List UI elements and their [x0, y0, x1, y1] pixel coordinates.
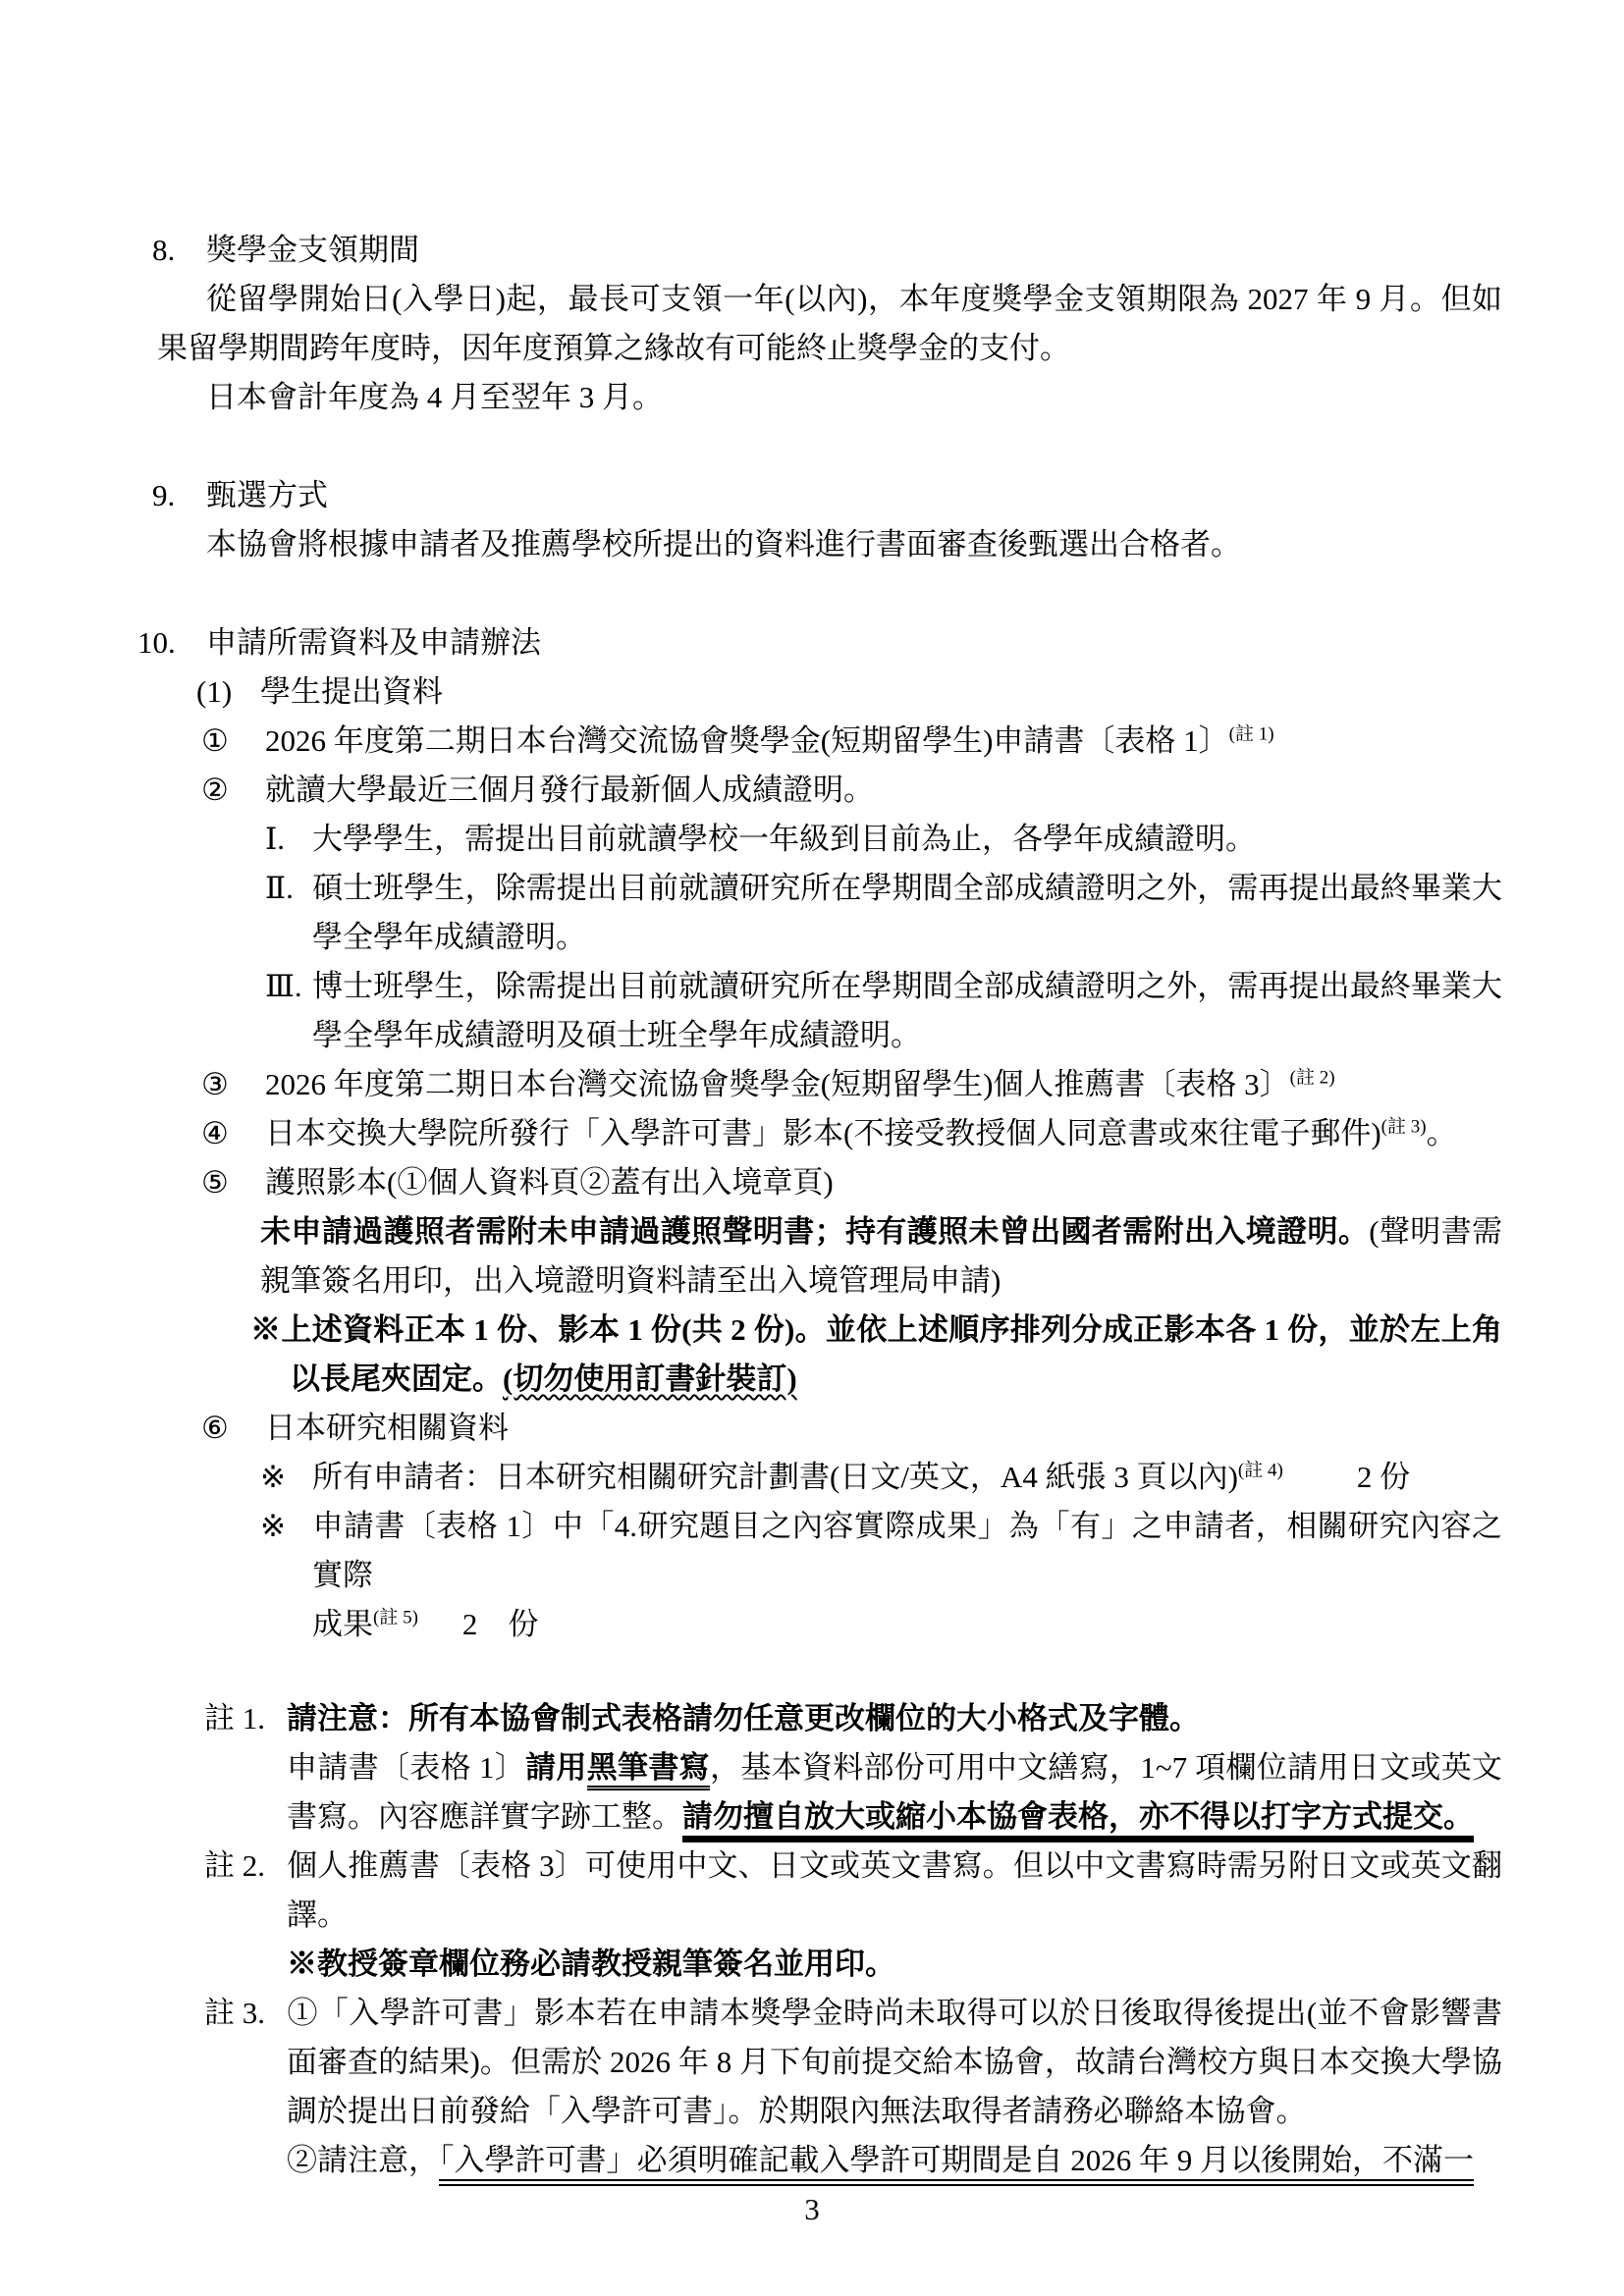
- list-item-4: ④日本交換大學院所發行「入學許可書」影本(不接受教授個人同意書或來往電子郵件)(…: [265, 1109, 1502, 1158]
- section-9-title: 甄選方式: [206, 478, 328, 512]
- footnote-1: 註 1.請注意：所有本協會制式表格請勿任意更改欄位的大小格式及字體。: [287, 1694, 1502, 1743]
- item-5-number: ⑤: [201, 1158, 265, 1207]
- footnote-1-label: 註 1.: [204, 1694, 287, 1743]
- item-1-text: 2026 年度第二期日本台灣交流協會獎學金(短期留學生)申請書〔表格 1〕: [265, 723, 1229, 758]
- copies-instruction-note: ※上述資料正本 1 份、影本 1 份(共 2 份)。並依上述順序排列分成正影本各…: [290, 1306, 1502, 1404]
- footnote-1-body: 申請書〔表格 1〕請用黑筆書寫，基本資料部份可用中文繕寫，1~7 項欄位請用日文…: [287, 1743, 1502, 1842]
- requirement-1-footnote-ref: (註 4): [1238, 1461, 1283, 1481]
- list-item-2: ②就讀大學最近三個月發行最新個人成績證明。: [265, 766, 1502, 815]
- footnote-1-head: 請注意：所有本協會制式表格請勿任意更改欄位的大小格式及字體。: [287, 1701, 1200, 1735]
- requirement-2-footnote-ref: (註 5): [373, 1608, 418, 1629]
- footnote-2-bold-note: ※教授簽章欄位務必請教授親筆簽名並用印。: [287, 1940, 1502, 1989]
- footnote-3-paragraph-1: ①「入學許可書」影本若在申請本獎學金時尚未取得可以於日後取得後提出(並不會影響書…: [287, 1996, 1502, 2128]
- document-page: 8.獎學金支領期間 從留學開始日(入學日)起，最長可支領一年(以內)，本年度獎學…: [0, 0, 1624, 2296]
- page-number: 3: [0, 2185, 1624, 2234]
- section-8-number: 8.: [152, 226, 206, 275]
- requirement-2-text: 申請書〔表格 1〕中「4.研究題目之內容實際成果」為「有」之申請者，相關研究內容…: [312, 1509, 1502, 1592]
- copies-instruction-bold: ※上述資料正本 1 份、影本 1 份(共 2 份)。並依上述順序排列分成正影本各…: [250, 1312, 1502, 1396]
- section-9-heading: 9.甄選方式: [152, 471, 1502, 520]
- requirement-2-copies: 2 份: [462, 1607, 539, 1641]
- section-8-title: 獎學金支領期間: [206, 233, 419, 267]
- sub-item-numeral: Ⅱ.: [265, 864, 312, 913]
- footnote-2-label: 註 2.: [204, 1842, 287, 1891]
- list-item-2-sub-2: Ⅱ.碩士班學生，除需提出目前就讀研究所在學期間全部成績證明之外，需再提出最終畢業…: [312, 864, 1502, 962]
- item-4-number: ④: [201, 1109, 265, 1158]
- section-8-paragraph-2: 日本會計年度為 4 月至翌年 3 月。: [157, 373, 1502, 422]
- sub-item-text: 博士班學生，除需提出目前就讀研究所在學期間全部成績證明之外，需再提出最終畢業大學…: [312, 969, 1502, 1052]
- black-pen-underlined: 黑筆書寫: [587, 1750, 710, 1790]
- footnote-2: 註 2.個人推薦書〔表格 3〕可使用中文、日文或英文書寫。但以中文書寫時需另附日…: [287, 1842, 1502, 1940]
- sub-item-numeral: Ⅲ.: [265, 962, 312, 1011]
- requirement-2-cont-text: 成果: [312, 1607, 373, 1641]
- research-requirement-1: ※所有申請者：日本研究相關研究計劃書(日文/英文，A4 紙張 3 頁以內)(註 …: [312, 1453, 1502, 1502]
- sub-item-text: 碩士班學生，除需提出目前就讀研究所在學期間全部成績證明之外，需再提出最終畢業大學…: [312, 871, 1502, 954]
- sub-item-text: 大學學生，需提出目前就讀學校一年級到目前為止，各學年成績證明。: [312, 822, 1256, 856]
- reference-mark: ※: [260, 1502, 312, 1551]
- subsection-1-heading: (1)學生提出資料: [196, 667, 1502, 717]
- footnote-3-label: 註 3.: [204, 1989, 287, 2038]
- footnote-1-body-pre: 申請書〔表格 1〕: [287, 1750, 525, 1785]
- item-5-bold-note: 未申請過護照者需附未申請過護照聲明書；持有護照未曾出國者需附出入境證明。: [260, 1214, 1369, 1249]
- sub-item-numeral: Ⅰ.: [265, 815, 312, 864]
- list-item-5: ⑤護照影本(①個人資料頁②蓋有出入境章頁): [265, 1158, 1502, 1207]
- item-1-footnote-ref: (註 1): [1229, 724, 1274, 745]
- item-2-text: 就讀大學最近三個月發行最新個人成績證明。: [265, 773, 874, 807]
- item-2-number: ②: [201, 766, 265, 815]
- item-5-passport-note: 未申請過護照者需附未申請過護照聲明書；持有護照未曾出國者需附出入境證明。(聲明書…: [260, 1207, 1502, 1306]
- section-9-paragraph-1: 本協會將根據申請者及推薦學校所提出的資料進行書面審查後甄選出合格者。: [157, 520, 1502, 569]
- reference-mark: ※: [260, 1453, 312, 1502]
- item-5-text: 護照影本(①個人資料頁②蓋有出入境章頁): [265, 1165, 834, 1200]
- no-staple-warning: (切勿使用訂書針裝訂): [503, 1362, 797, 1396]
- section-10-title: 申請所需資料及申請辦法: [206, 625, 541, 660]
- no-resize-warning: 請勿擅自放大或縮小本協會表格，亦不得以打字方式提交。: [682, 1799, 1474, 1842]
- footnote-3-p2-pre: ②請注意，: [287, 2143, 439, 2177]
- item-4-footnote-ref: (註 3): [1381, 1117, 1427, 1138]
- item-3-text: 2026 年度第二期日本台灣交流協會獎學金(短期留學生)個人推薦書〔表格 3〕: [265, 1067, 1290, 1101]
- item-4-period: 。: [1427, 1116, 1457, 1150]
- document-content: 8.獎學金支領期間 從留學開始日(入學日)起，最長可支領一年(以內)，本年度獎學…: [0, 0, 1624, 2234]
- item-1-number: ①: [201, 717, 265, 766]
- footnote-2-text: 個人推薦書〔表格 3〕可使用中文、日文或英文書寫。但以中文書寫時需另附日文或英文…: [287, 1848, 1502, 1932]
- requirement-1-text: 所有申請者：日本研究相關研究計劃書(日文/英文，A4 紙張 3 頁以內): [312, 1460, 1238, 1494]
- list-item-2-sub-1: Ⅰ.大學學生，需提出目前就讀學校一年級到目前為止，各學年成績證明。: [312, 815, 1502, 864]
- footnote-1-bold: 請用: [525, 1750, 587, 1785]
- item-3-footnote-ref: (註 2): [1290, 1068, 1335, 1089]
- item-6-text: 日本研究相關資料: [265, 1411, 509, 1445]
- list-item-3: ③2026 年度第二期日本台灣交流協會獎學金(短期留學生)個人推薦書〔表格 3〕…: [265, 1060, 1502, 1109]
- subsection-1-number: (1): [196, 667, 260, 717]
- subsection-1-title: 學生提出資料: [260, 674, 443, 709]
- section-10-heading: 10.申請所需資料及申請辦法: [137, 618, 1502, 667]
- research-requirement-2: ※申請書〔表格 1〕中「4.研究題目之內容實際成果」為「有」之申請者，相關研究內…: [312, 1502, 1502, 1600]
- section-10-number: 10.: [137, 618, 206, 667]
- research-requirement-2-continued: 成果(註 5)2 份: [312, 1600, 1502, 1649]
- item-6-number: ⑥: [201, 1404, 265, 1453]
- footnote-3-paragraph-2: ②請注意，「入學許可書」必須明確記載入學許可期間是自 2026 年 9 月以後開…: [287, 2136, 1502, 2185]
- section-9-number: 9.: [152, 471, 206, 520]
- section-8-heading: 8.獎學金支領期間: [152, 226, 1502, 275]
- requirement-1-copies: 2 份: [1357, 1460, 1410, 1494]
- footnote-3: 註 3.①「入學許可書」影本若在申請本獎學金時尚未取得可以於日後取得後提出(並不…: [287, 1989, 1502, 2136]
- list-item-6: ⑥日本研究相關資料: [265, 1404, 1502, 1453]
- admission-period-underlined: 「入學許可書」必須明確記載入學許可期間是自 2026 年 9 月以後開始，不滿一: [439, 2143, 1474, 2186]
- item-3-number: ③: [201, 1060, 265, 1109]
- section-8-paragraph-1: 從留學開始日(入學日)起，最長可支領一年(以內)，本年度獎學金支領期限為 202…: [157, 275, 1502, 373]
- list-item-1: ①2026 年度第二期日本台灣交流協會獎學金(短期留學生)申請書〔表格 1〕(註…: [265, 717, 1502, 766]
- list-item-2-sub-3: Ⅲ.博士班學生，除需提出目前就讀研究所在學期間全部成績證明之外，需再提出最終畢業…: [312, 962, 1502, 1060]
- item-4-text: 日本交換大學院所發行「入學許可書」影本(不接受教授個人同意書或來往電子郵件): [265, 1116, 1381, 1150]
